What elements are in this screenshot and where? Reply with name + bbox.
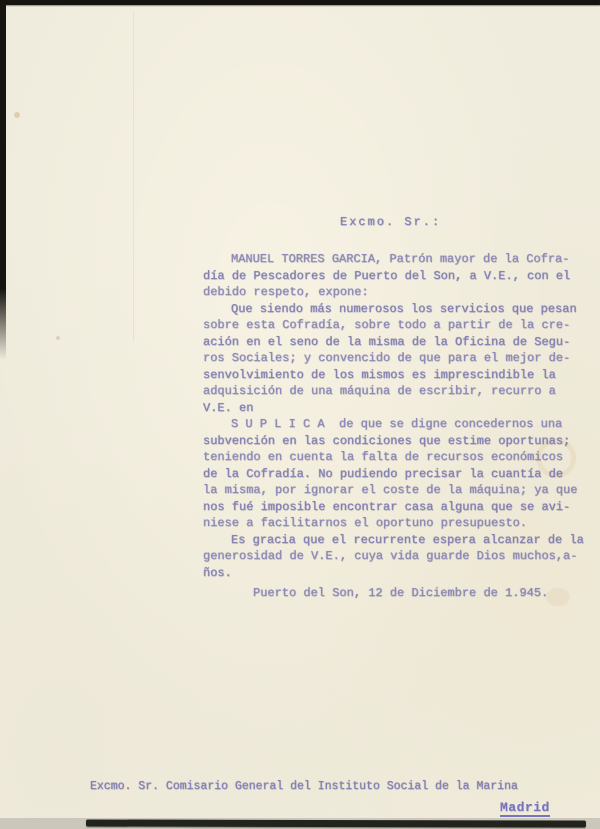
scan-edge-top — [0, 0, 600, 5]
scan-edge-left — [0, 0, 6, 360]
salutation-heading: Excmo. Sr.: — [340, 215, 441, 229]
letter-line: día de Pescadores de Puerto del Son, a V… — [203, 269, 570, 283]
letter-line: ación en el seno de la misma de la Ofici… — [203, 335, 570, 349]
letter-line: niese a facilitarnos el oportuno presupu… — [203, 516, 527, 530]
footer-address: Excmo. Sr. Comisario General del Institu… — [90, 780, 518, 794]
scan-edge-bottom-dark — [86, 819, 586, 827]
faint-stain — [546, 588, 570, 606]
paper-fold-line — [133, 12, 134, 342]
ink-speck — [14, 112, 20, 118]
letter-line: generosidad de V.E., cuya vida guarde Di… — [203, 549, 577, 563]
letter-line: Que siendo más numerosos los servicios q… — [231, 302, 577, 316]
letter-line: Es gracia que el recurrente espera alcan… — [231, 533, 584, 547]
letter-line: subvención en las condiciones que estime… — [203, 434, 570, 448]
letter-line: ros Sociales; y convencido de que para e… — [203, 351, 570, 365]
letter-line: teniendo en cuenta la falta de recursos … — [203, 450, 563, 464]
letter-line: senvolvimiento de los mismos es impresci… — [203, 368, 556, 382]
scanned-letter-page: Excmo. Sr.: MANUEL TORRES GARCIA, Patrón… — [0, 0, 600, 829]
letter-line-suplica: S U P L I C A de que se digne concederno… — [231, 417, 562, 431]
ink-speck — [56, 336, 60, 340]
letter-line: de la Cofradía. No pudiendo precisar la … — [203, 467, 563, 481]
letter-line: debido respeto, expone: — [203, 285, 369, 299]
letter-line: la misma, por ignorar el coste de la máq… — [203, 483, 577, 497]
madrid-stamp: Madrid — [500, 800, 550, 817]
letter-line: sobre esta Cofradía, sobre todo a partir… — [203, 318, 570, 332]
letter-line: adquisición de una máquina de escribir, … — [203, 384, 556, 398]
letter-line: nos fué imposible encontrar casa alguna … — [203, 500, 570, 514]
letter-line: ños. — [203, 566, 232, 580]
dateline: Puerto del Son, 12 de Diciembre de 1.945… — [253, 586, 548, 600]
letter-line: MANUEL TORRES GARCIA, Patrón mayor de la… — [231, 252, 569, 266]
letter-line: V.E. en — [203, 401, 253, 415]
